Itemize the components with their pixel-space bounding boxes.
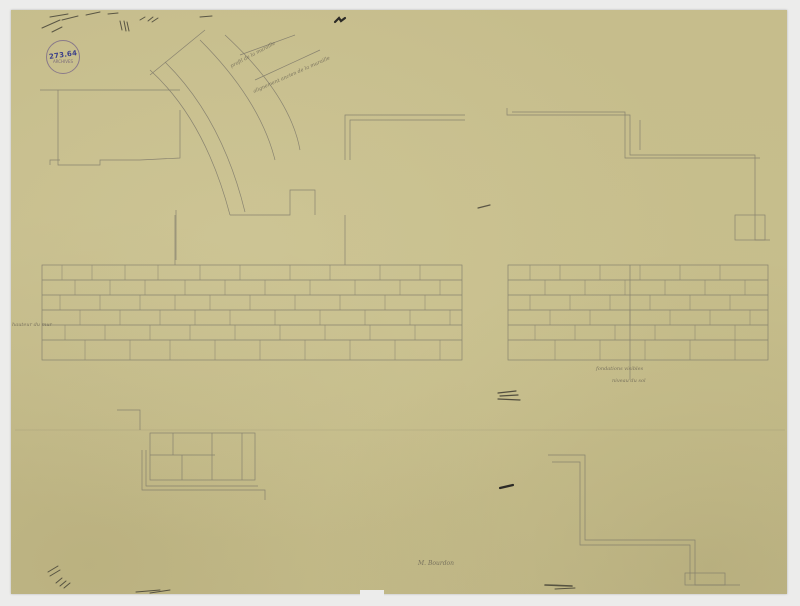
top-left-scribbles	[42, 12, 212, 32]
scribble-middle	[498, 391, 520, 400]
stamp-number: 273.64	[48, 49, 77, 61]
masonry-wall-elevation	[15, 215, 785, 430]
architectural-drawing	[0, 0, 800, 606]
bottom-scribbles	[48, 566, 575, 593]
archive-stamp: 273.64 ARCHIVES	[46, 40, 80, 74]
ink-dash	[500, 485, 513, 488]
elevation-right-note: niveau du sol	[612, 378, 646, 384]
ink-blot-top	[335, 18, 345, 22]
stepped-wall-plan	[345, 108, 770, 240]
curved-rampart-plan	[40, 30, 320, 260]
bottom-label: M. Bourdon	[418, 560, 454, 567]
l-shaped-wall-plan	[548, 455, 740, 585]
elevation-left-note: hauteur du mur	[12, 322, 52, 328]
elevation-mid-note: fondations visibles	[596, 366, 643, 372]
ink-marks	[42, 12, 575, 593]
room-floor-plan	[117, 410, 265, 500]
